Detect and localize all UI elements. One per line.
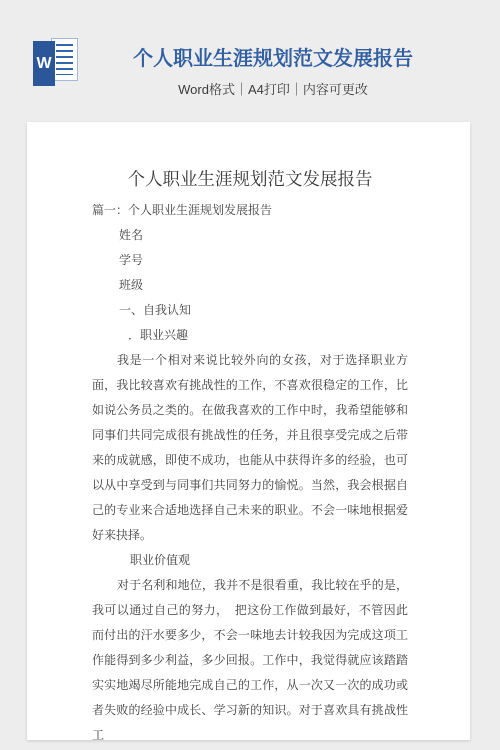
doc-line: 篇一：个人职业生涯规划发展报告 bbox=[92, 198, 408, 223]
doc-line: 班级 bbox=[92, 273, 408, 298]
doc-line: 职业价值观 bbox=[92, 548, 408, 573]
page-header: W 个人职业生涯规划范文发展报告 Word格式｜A4打印｜内容可更改 bbox=[0, 0, 500, 122]
doc-line: 学号 bbox=[92, 248, 408, 273]
doc-line: 姓名 bbox=[92, 223, 408, 248]
format-note: Word格式｜A4打印｜内容可更改 bbox=[46, 79, 500, 98]
product-title: 个人职业生涯规划范文发展报告 bbox=[46, 42, 500, 71]
document-preview[interactable]: 个人职业生涯规划范文发展报告 篇一：个人职业生涯规划发展报告姓名学号班级一、自我… bbox=[27, 122, 470, 740]
doc-line: 一、自我认知 bbox=[92, 298, 408, 323]
doc-paragraph: 我是一个相对来说比较外向的女孩，对于选择职业方面，我比较喜欢有挑战性的工作，不喜… bbox=[92, 348, 408, 548]
doc-paragraph: 对于名利和地位，我并不是很看重，我比较在乎的是，我可以通过自己的努力， 把这份工… bbox=[92, 573, 408, 740]
doc-line: ．职业兴趣 bbox=[92, 323, 408, 348]
document-content: 个人职业生涯规划范文发展报告 篇一：个人职业生涯规划发展报告姓名学号班级一、自我… bbox=[27, 122, 470, 740]
document-body: 篇一：个人职业生涯规划发展报告姓名学号班级一、自我认知．职业兴趣我是一个相对来说… bbox=[92, 198, 408, 740]
document-title: 个人职业生涯规划范文发展报告 bbox=[92, 166, 408, 192]
